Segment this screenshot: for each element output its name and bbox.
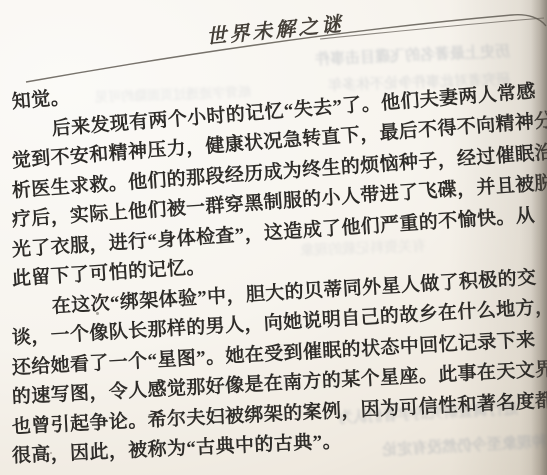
- scanned-book-page: 历史上最著名的飞碟目击事件 研究者对此事件争论不休多年 有关资料记载的现象 进行…: [0, 0, 547, 475]
- scan-speck: [50, 452, 52, 454]
- scan-speck: [96, 312, 99, 315]
- body-text-block: 知觉。 后来发现有两个小时的记忆“失去”了。他们夫妻两人常感 觉到不安和精神压力…: [12, 88, 547, 472]
- page-edge-shadow: [531, 0, 547, 475]
